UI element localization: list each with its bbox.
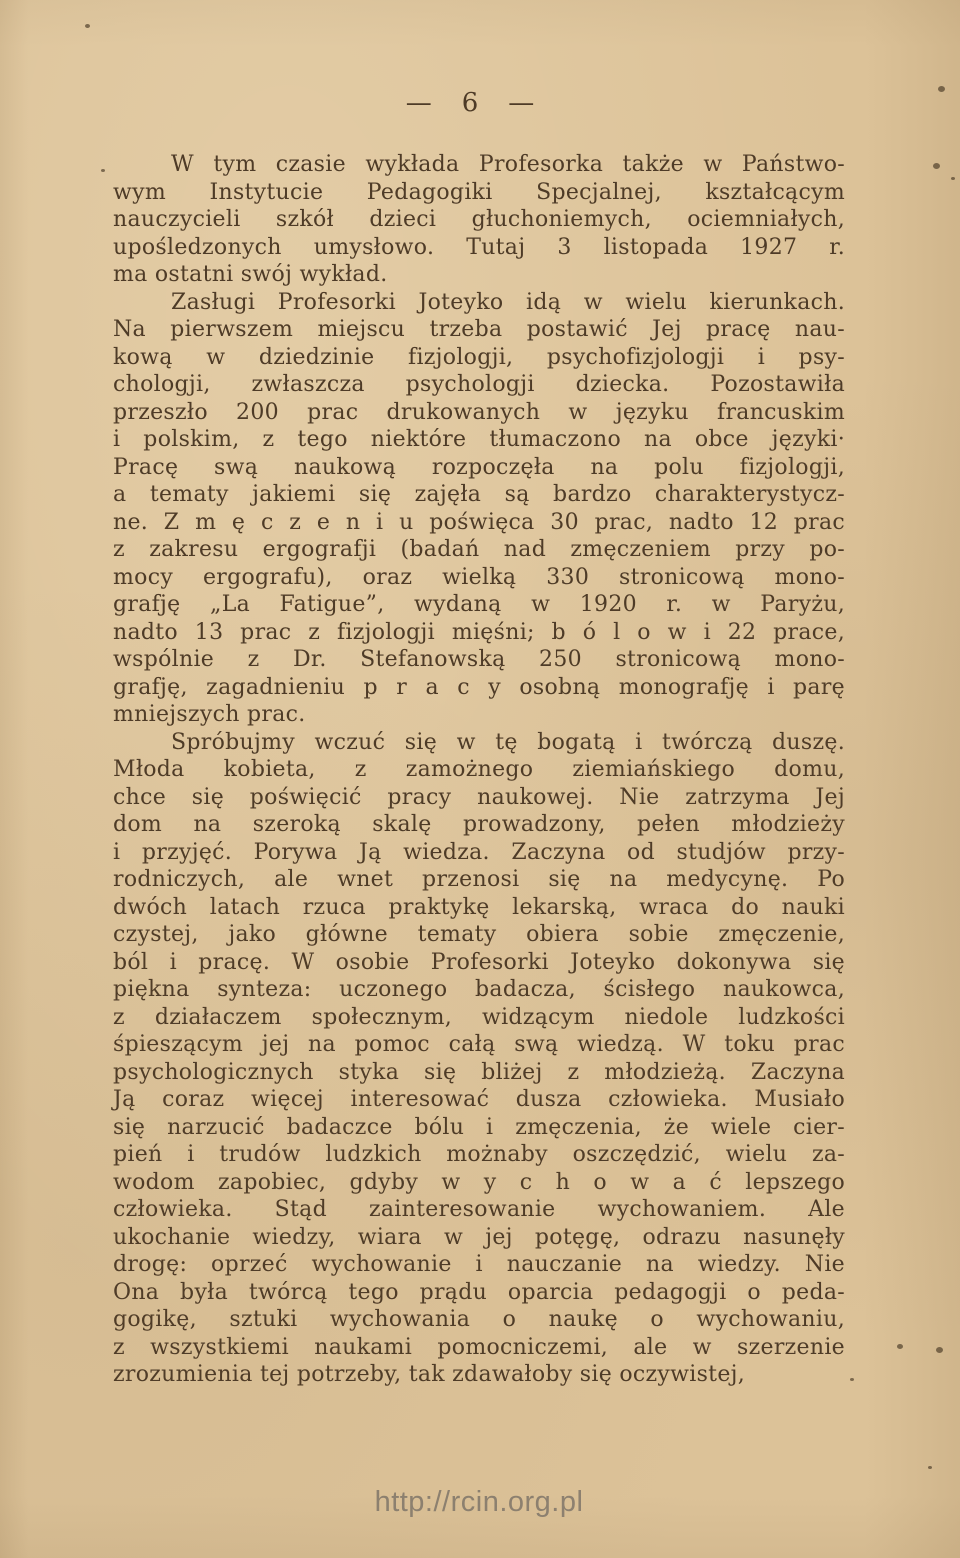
scan-speck: [101, 169, 105, 172]
text-line: psychologicznych styka się bliżej z młod…: [113, 1059, 845, 1087]
text-line: śpieszącym jej na pomoc całą swą wiedzą.…: [113, 1031, 845, 1059]
text-line: z wszystkiemi naukami pomocniczemi, ale …: [113, 1334, 845, 1362]
text-line: wodom zapobiec, gdyby w y c h o w a ć le…: [113, 1169, 845, 1197]
text-line: a tematy jakiemi się zajęła są bardzo ch…: [113, 481, 845, 509]
text-line: ne. Z m ę c z e n i u poświęca 30 prac, …: [113, 509, 845, 537]
text-line: ból i pracę. W osobie Profesorki Joteyko…: [113, 949, 845, 977]
text-line: mniejszych prac.: [113, 701, 845, 729]
scan-speck: [936, 1347, 943, 1353]
text-line: gogikę, sztuki wychowania o naukę o wych…: [113, 1306, 845, 1334]
text-line: wym Instytucie Pedagogiki Specjalnej, ks…: [113, 179, 845, 207]
text-line: pień i trudów ludzkich możnaby oszczędzi…: [113, 1141, 845, 1169]
scan-speck: [928, 1466, 932, 1469]
text-line: ma ostatni swój wykład.: [113, 261, 845, 289]
scan-speck: [85, 24, 90, 28]
text-line: Ją coraz więcej interesować dusza człowi…: [113, 1086, 845, 1114]
text-line: Młoda kobieta, z zamożnego ziemiańskiego…: [113, 756, 845, 784]
scan-speck: [951, 177, 955, 180]
text-line: chologji, zwłaszcza psychologji dziecka.…: [113, 371, 845, 399]
scan-speck: [933, 163, 940, 169]
text-line: rodniczych, ale wnet przenosi się na med…: [113, 866, 845, 894]
header-dash-left: —: [406, 88, 432, 118]
text-line: chce się poświęcić pracy naukowej. Nie z…: [113, 784, 845, 812]
text-line: nadto 13 prac z fizjologji mięśni; b ó l…: [113, 619, 845, 647]
text-line: czystej, jako główne tematy obiera sobie…: [113, 921, 845, 949]
text-block: W tym czasie wykłada Profesorka także w …: [113, 151, 845, 1389]
text-line: mocy ergografu), oraz wielką 330 stronic…: [113, 564, 845, 592]
text-line: człowieka. Stąd zainteresowanie wychowan…: [113, 1196, 845, 1224]
text-line: i przyjęć. Porywa Ją wiedza. Zaczyna od …: [113, 839, 845, 867]
text-line: Spróbujmy wczuć się w tę bogatą i twórcz…: [113, 729, 845, 757]
page-header: — 6 —: [104, 88, 836, 118]
text-line: Zasługi Profesorki Joteyko idą w wielu k…: [113, 289, 845, 317]
text-line: grafję „La Fatigue”, wydaną w 1920 r. w …: [113, 591, 845, 619]
header-dash-right: —: [508, 88, 534, 118]
scan-speck: [938, 86, 945, 92]
text-line: i polskim, z tego niektóre tłumaczono na…: [113, 426, 845, 454]
scan-speck: [850, 1378, 854, 1381]
text-line: piękna synteza: uczonego badacza, ścisłe…: [113, 976, 845, 1004]
text-line: ukochanie wiedzy, wiara w jej potęgę, od…: [113, 1224, 845, 1252]
text-line: z działaczem społecznym, widzącym niedol…: [113, 1004, 845, 1032]
text-line: z zakresu ergografji (badań nad zmęczeni…: [113, 536, 845, 564]
text-line: W tym czasie wykłada Profesorka także w …: [113, 151, 845, 179]
text-line: wspólnie z Dr. Stefanowską 250 stronicow…: [113, 646, 845, 674]
text-line: drogę: oprzeć wychowanie i nauczanie na …: [113, 1251, 845, 1279]
text-line: upośledzonych umysłowo. Tutaj 3 listopad…: [113, 234, 845, 262]
text-line: się narzucić badaczce bólu i zmęczenia, …: [113, 1114, 845, 1142]
text-line: kową w dziedzinie fizjologji, psychofizj…: [113, 344, 845, 372]
text-line: Ona była twórcą tego prądu oparcia pedag…: [113, 1279, 845, 1307]
text-line: grafję, zagadnieniu p r a c y osobną mon…: [113, 674, 845, 702]
text-line: Pracę swą naukową rozpoczęła na polu fiz…: [113, 454, 845, 482]
page-number: 6: [462, 88, 479, 118]
text-line: Na pierwszem miejscu trzeba postawić Jej…: [113, 316, 845, 344]
text-line: dwóch latach rzuca praktykę lekarską, wr…: [113, 894, 845, 922]
text-line: dom na szeroką skalę prowadzony, pełen m…: [113, 811, 845, 839]
scan-speck: [897, 1344, 903, 1349]
text-line: przeszło 200 prac drukowanych w języku f…: [113, 399, 845, 427]
scanned-book-page: — 6 — W tym czasie wykłada Profesorka ta…: [0, 0, 960, 1558]
text-line: nauczycieli szkół dzieci głuchoniemych, …: [113, 206, 845, 234]
text-line: zrozumienia tej potrzeby, tak zdawałoby …: [113, 1361, 845, 1389]
footer-watermark-url: http://rcin.org.pl: [113, 1486, 845, 1519]
